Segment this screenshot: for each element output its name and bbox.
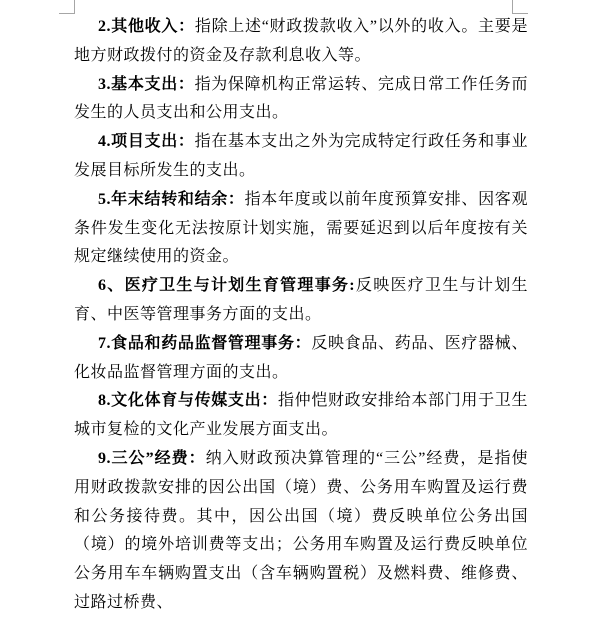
definition-paragraph: 4.项目支出：指在基本支出之外为完成特定行政任务和事业发展目标所发生的支出。 [74, 128, 528, 186]
term-label: 2.其他收入： [98, 18, 195, 35]
definition-paragraph: 5.年末结转和结余：指本年度或以前年度预算安排、因客观条件发生变化无法按原计划实… [74, 186, 528, 272]
definition-paragraph: 2.其他收入：指除上述“财政拨款收入”以外的收入。主要是地方财政拨付的资金及存款… [74, 13, 528, 71]
term-definition: 纳入财政预决算管理的“三公”经费，是指使用财政拨款安排的因公出国（境）费、公务用… [74, 450, 528, 611]
definition-paragraph: 3.基本支出：指为保障机构正常运转、完成日常工作任务而发生的人员支出和公用支出。 [74, 71, 528, 129]
definition-paragraph: 9.三公”经费：纳入财政预决算管理的“三公”经费，是指使用财政拨款安排的因公出国… [74, 445, 528, 618]
term-label: 4.项目支出： [98, 133, 195, 150]
term-label: 7.食品和药品监督管理事务： [98, 335, 311, 352]
term-label: 5.年末结转和结余： [98, 191, 245, 208]
definition-paragraph: 6、医疗卫生与计划生育管理事务:反映医疗卫生与计划生育、中医等管理事务方面的支出… [74, 272, 528, 330]
text-boundary-mark-top-right [512, 0, 528, 14]
term-label: 9.三公”经费： [98, 450, 206, 467]
term-label: 6、医疗卫生与计划生育管理事务: [98, 277, 355, 294]
text-boundary-mark-top-left [59, 0, 75, 14]
document-page: 2.其他收入：指除上述“财政拨款收入”以外的收入。主要是地方财政拨付的资金及存款… [0, 0, 590, 636]
term-label: 3.基本支出： [98, 76, 195, 93]
definition-paragraph: 8.文化体育与传媒支出：指仲恺财政安排给本部门用于卫生城市复检的文化产业发展方面… [74, 387, 528, 445]
term-label: 8.文化体育与传媒支出： [98, 392, 278, 409]
document-text-area[interactable]: 2.其他收入：指除上述“财政拨款收入”以外的收入。主要是地方财政拨付的资金及存款… [74, 13, 528, 618]
definition-paragraph: 7.食品和药品监督管理事务：反映食品、药品、医疗器械、化妆品监督管理方面的支出。 [74, 330, 528, 388]
